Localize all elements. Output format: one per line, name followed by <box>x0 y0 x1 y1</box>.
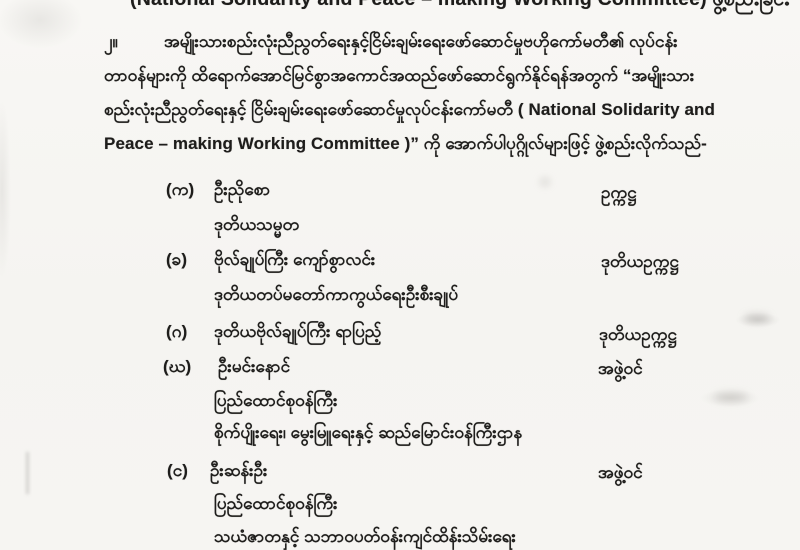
member-label: (ဃ) <box>163 356 191 381</box>
scan-smudge <box>540 178 550 186</box>
member-role: အဖွဲ့ဝင် <box>598 462 643 487</box>
scan-smudge <box>714 392 748 402</box>
member-position: ဒုတိယသမ္မတ <box>214 214 299 239</box>
committee-heading-cutoff: (National Solidarity and Peace – making … <box>130 0 789 15</box>
member-role: ဥက္ကဋ္ဌ <box>601 182 637 207</box>
member-name: ဦးဆန်းဦး <box>210 460 267 485</box>
member-name: ဦးမင်းနောင် <box>218 356 290 381</box>
member-label: (က) <box>166 179 194 204</box>
scan-smudge <box>26 452 29 494</box>
member-position: ဒုတိယတပ်မတော်ကာကွယ်ရေးဦးစီးချုပ် <box>214 284 458 309</box>
paragraph-line-2: တာဝန်များကို ထိရောက်အောင်မြင်စွာအကောင်အထ… <box>104 65 694 90</box>
member-role: အဖွဲ့ဝင် <box>598 358 643 383</box>
member-position: ပြည်ထောင်စုဝန်ကြီး <box>214 390 338 415</box>
paragraph-line-3: စည်းလုံးညီညွတ်ရေးနှင့် ငြိမ်းချမ်းရေးဖော… <box>104 99 715 124</box>
member-ministry: သယံဇာတနှင့် သဘာဝပတ်ဝန်းကျင်ထိန်းသိမ်းရေး <box>214 526 516 550</box>
member-label: (ဂ) <box>166 321 187 346</box>
member-role: ဒုတိယဥက္ကဋ္ဌ <box>601 251 679 276</box>
member-label: (င) <box>167 460 188 485</box>
paragraph-number: ၂။ <box>104 31 118 56</box>
member-position: ပြည်ထောင်စုဝန်ကြီး <box>214 493 338 518</box>
scanned-document-page: (National Solidarity and Peace – making … <box>0 0 800 550</box>
scan-smudge <box>744 314 770 322</box>
paragraph-line-1: အမျိုးသားစည်းလုံးညီညွတ်ရေးနှင့်ငြိမ်းချမ… <box>164 31 678 56</box>
paragraph-line-4: Peace – making Working Committee )” ကို … <box>104 133 707 158</box>
member-name: ဒုတိယဗိုလ်ချုပ်ကြီး ရာပြည့် <box>214 321 381 346</box>
member-label: (ခ) <box>166 249 187 274</box>
member-ministry: စိုက်ပျိုးရေး၊ မွေးမြူရေးနှင့် ဆည်မြောင်… <box>214 422 522 447</box>
member-name: ဗိုလ်ချုပ်ကြီး ကျော်စွာလင်း <box>214 249 375 274</box>
member-role: ဒုတိယဥက္ကဋ္ဌ <box>599 324 677 349</box>
member-name: ဦးညိုစော <box>214 179 270 204</box>
